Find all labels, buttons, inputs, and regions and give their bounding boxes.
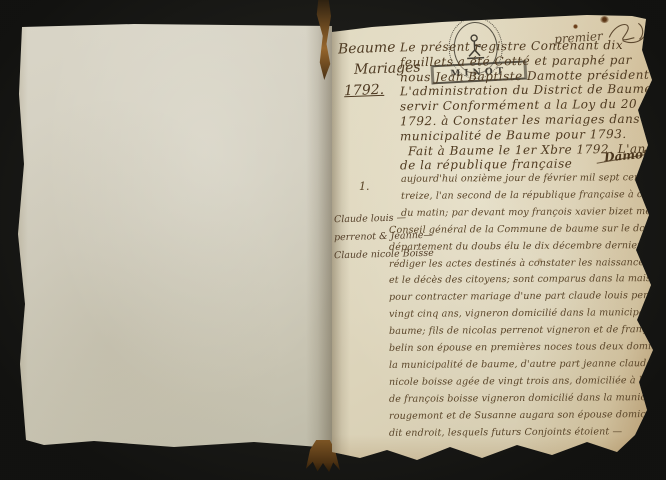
handwritten-text-line: baume; fils de nicolas perrenot vigneron… [389,322,649,341]
marriage-act-paragraph: aujourd'hui onzième jour de février mil … [389,171,649,442]
handwritten-text-line: Conseil général de la Commune de baume s… [389,221,649,240]
handwritten-text-line: département du doubs élu le dix décembre… [389,238,649,257]
right-page: Beaume Mariages 1792. premier MINOT Le p… [332,10,656,462]
act-number: 1. [359,180,370,193]
handwritten-text-line: aujourd'hui onzième jour de février mil … [389,170,649,189]
handwritten-text-line: vingt cinq ans, vigneron domicilié dans … [389,305,649,324]
handwritten-text-line: du matin; par devant moy françois xavier… [389,204,649,223]
handwritten-text-line: nicole boisse agée de vingt trois ans, d… [389,373,649,392]
handwritten-text-line: belin son épouse en premières noces tous… [389,339,649,358]
handwritten-text-line: pour contracter mariage d'une part claud… [389,288,649,307]
handwritten-text-line: de françois boisse vigneron domicilié da… [389,390,649,409]
handwritten-text-line: rougemont et de Susanne augara son épous… [389,407,649,426]
handwritten-text-line: dit endroit, lesquels futurs Conjoints é… [389,424,649,443]
handwritten-text-line: la municipalité de baume, d'autre part j… [389,356,649,375]
scanned-register-spread: Beaume Mariages 1792. premier MINOT Le p… [0,0,666,480]
left-page-blank [14,24,332,448]
handwritten-text-line: treize, l'an second de la république fra… [389,187,649,206]
